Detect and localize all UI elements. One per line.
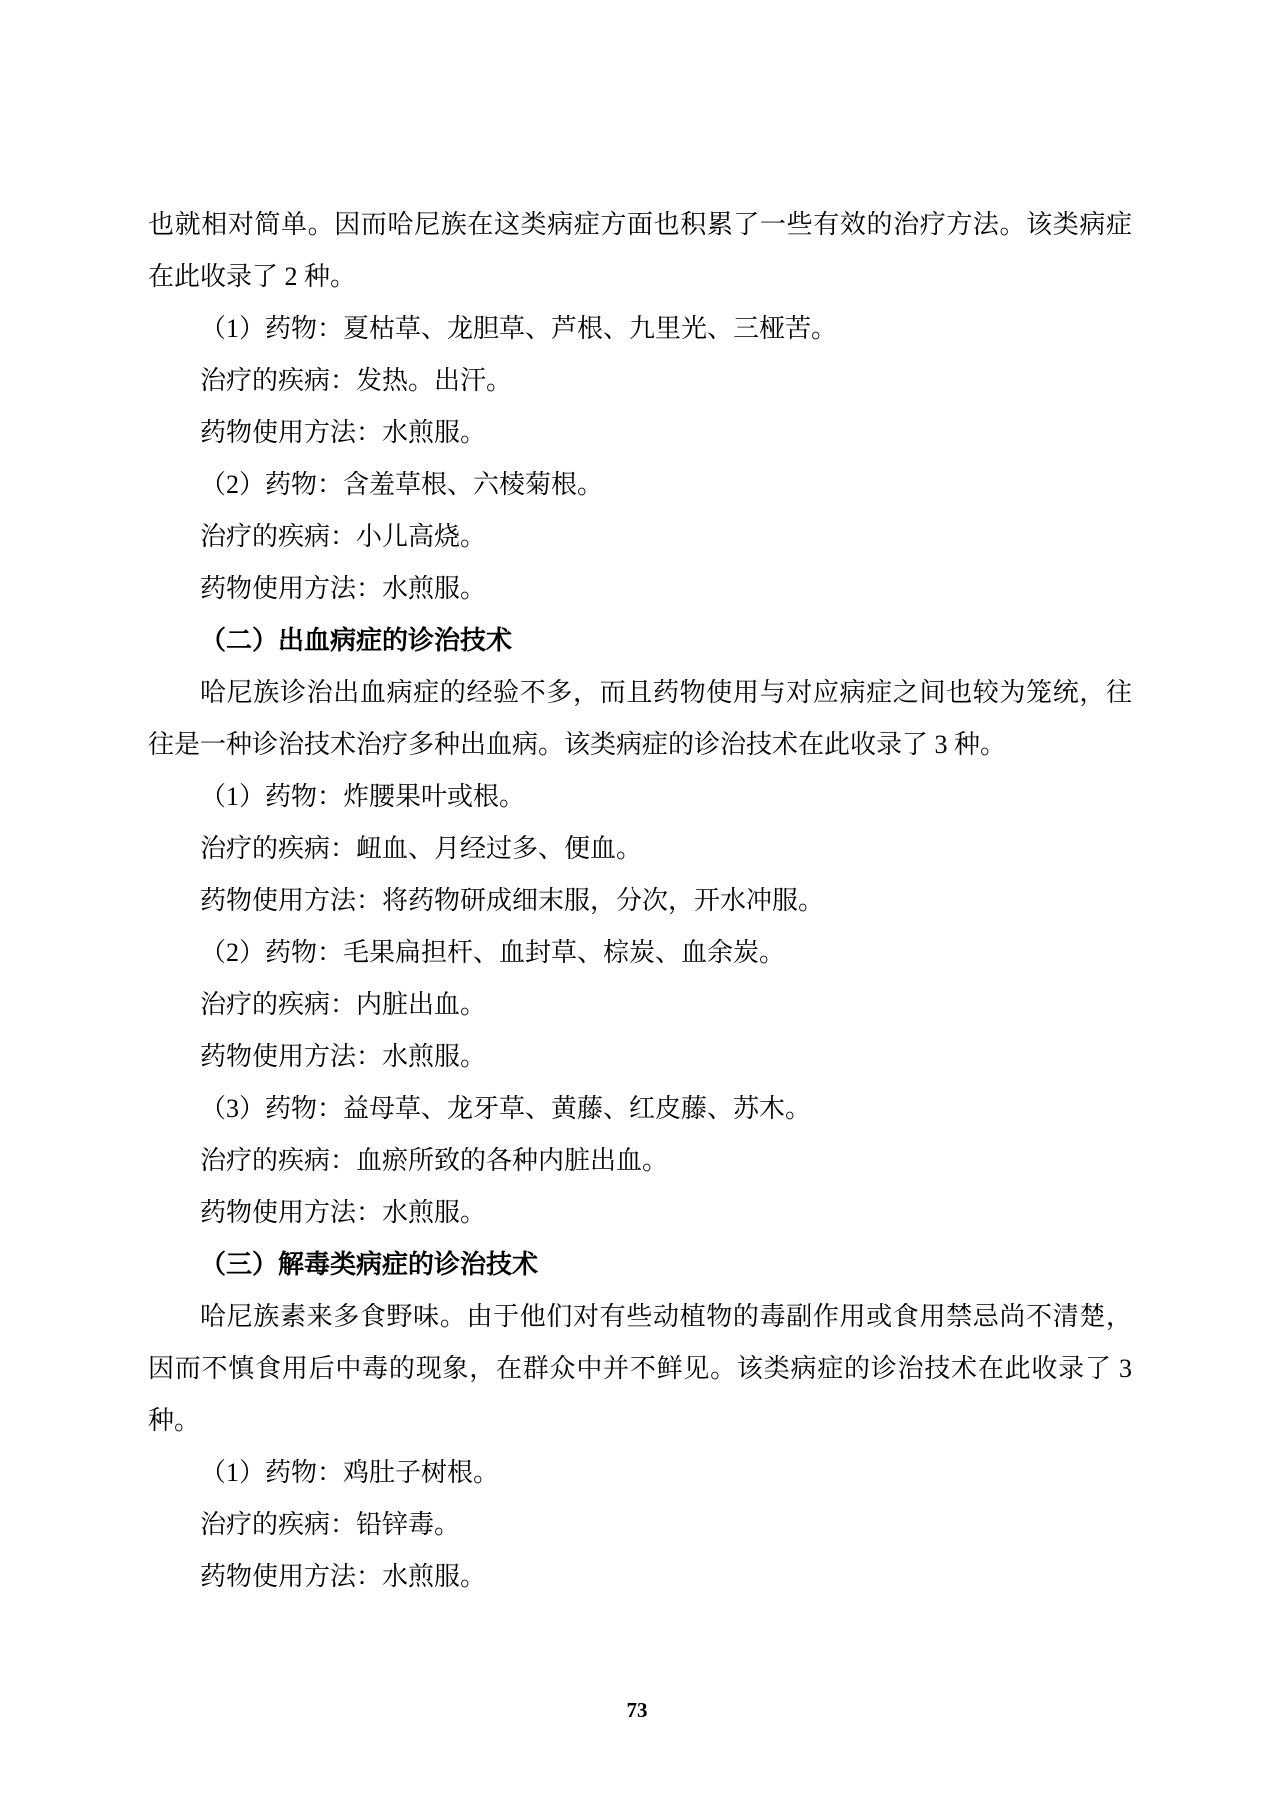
usage-line: 药物使用方法：将药物研成细末服，分次，开水冲服。 xyxy=(148,875,1132,927)
usage-line: 药物使用方法：水煎服。 xyxy=(148,563,1132,615)
usage-line: 药物使用方法：水煎服。 xyxy=(148,407,1132,459)
disease-line: 治疗的疾病：衄血、月经过多、便血。 xyxy=(148,823,1132,875)
body-paragraph: 哈尼族素来多食野味。由于他们对有些动植物的毒副作用或食用禁忌尚不清楚，因而不慎食… xyxy=(148,1291,1132,1447)
disease-line: 治疗的疾病：血瘀所致的各种内脏出血。 xyxy=(148,1135,1132,1187)
usage-line: 药物使用方法：水煎服。 xyxy=(148,1187,1132,1239)
disease-line: 治疗的疾病：内脏出血。 xyxy=(148,979,1132,1031)
section-heading-bleeding: （二）出血病症的诊治技术 xyxy=(148,615,1132,667)
disease-line: 治疗的疾病：小儿高烧。 xyxy=(148,511,1132,563)
page-number: 73 xyxy=(0,1697,1274,1723)
drug-item-line: （3）药物：益母草、龙牙草、黄藤、红皮藤、苏木。 xyxy=(148,1083,1132,1135)
disease-line: 治疗的疾病：铅锌毒。 xyxy=(148,1499,1132,1551)
usage-line: 药物使用方法：水煎服。 xyxy=(148,1551,1132,1603)
drug-item-line: （1）药物：炸腰果叶或根。 xyxy=(148,771,1132,823)
drug-item-line: （2）药物：毛果扁担杆、血封草、棕炭、血余炭。 xyxy=(148,927,1132,979)
document-page: { "doc": { "page_number": "73", "paragra… xyxy=(0,0,1274,1801)
disease-line: 治疗的疾病：发热。出汗。 xyxy=(148,355,1132,407)
drug-item-line: （1）药物：夏枯草、龙胆草、芦根、九里光、三桠苦。 xyxy=(148,303,1132,355)
drug-item-line: （2）药物：含羞草根、六棱菊根。 xyxy=(148,459,1132,511)
section-heading-detox: （三）解毒类病症的诊治技术 xyxy=(148,1239,1132,1291)
usage-line: 药物使用方法：水煎服。 xyxy=(148,1031,1132,1083)
body-paragraph-continuation: 也就相对简单。因而哈尼族在这类病症方面也积累了一些有效的治疗方法。该类病症在此收… xyxy=(148,199,1132,303)
body-paragraph: 哈尼族诊治出血病症的经验不多，而且药物使用与对应病症之间也较为笼统，往往是一种诊… xyxy=(148,667,1132,771)
drug-item-line: （1）药物：鸡肚子树根。 xyxy=(148,1447,1132,1499)
page-text-block: 也就相对简单。因而哈尼族在这类病症方面也积累了一些有效的治疗方法。该类病症在此收… xyxy=(148,199,1132,1603)
